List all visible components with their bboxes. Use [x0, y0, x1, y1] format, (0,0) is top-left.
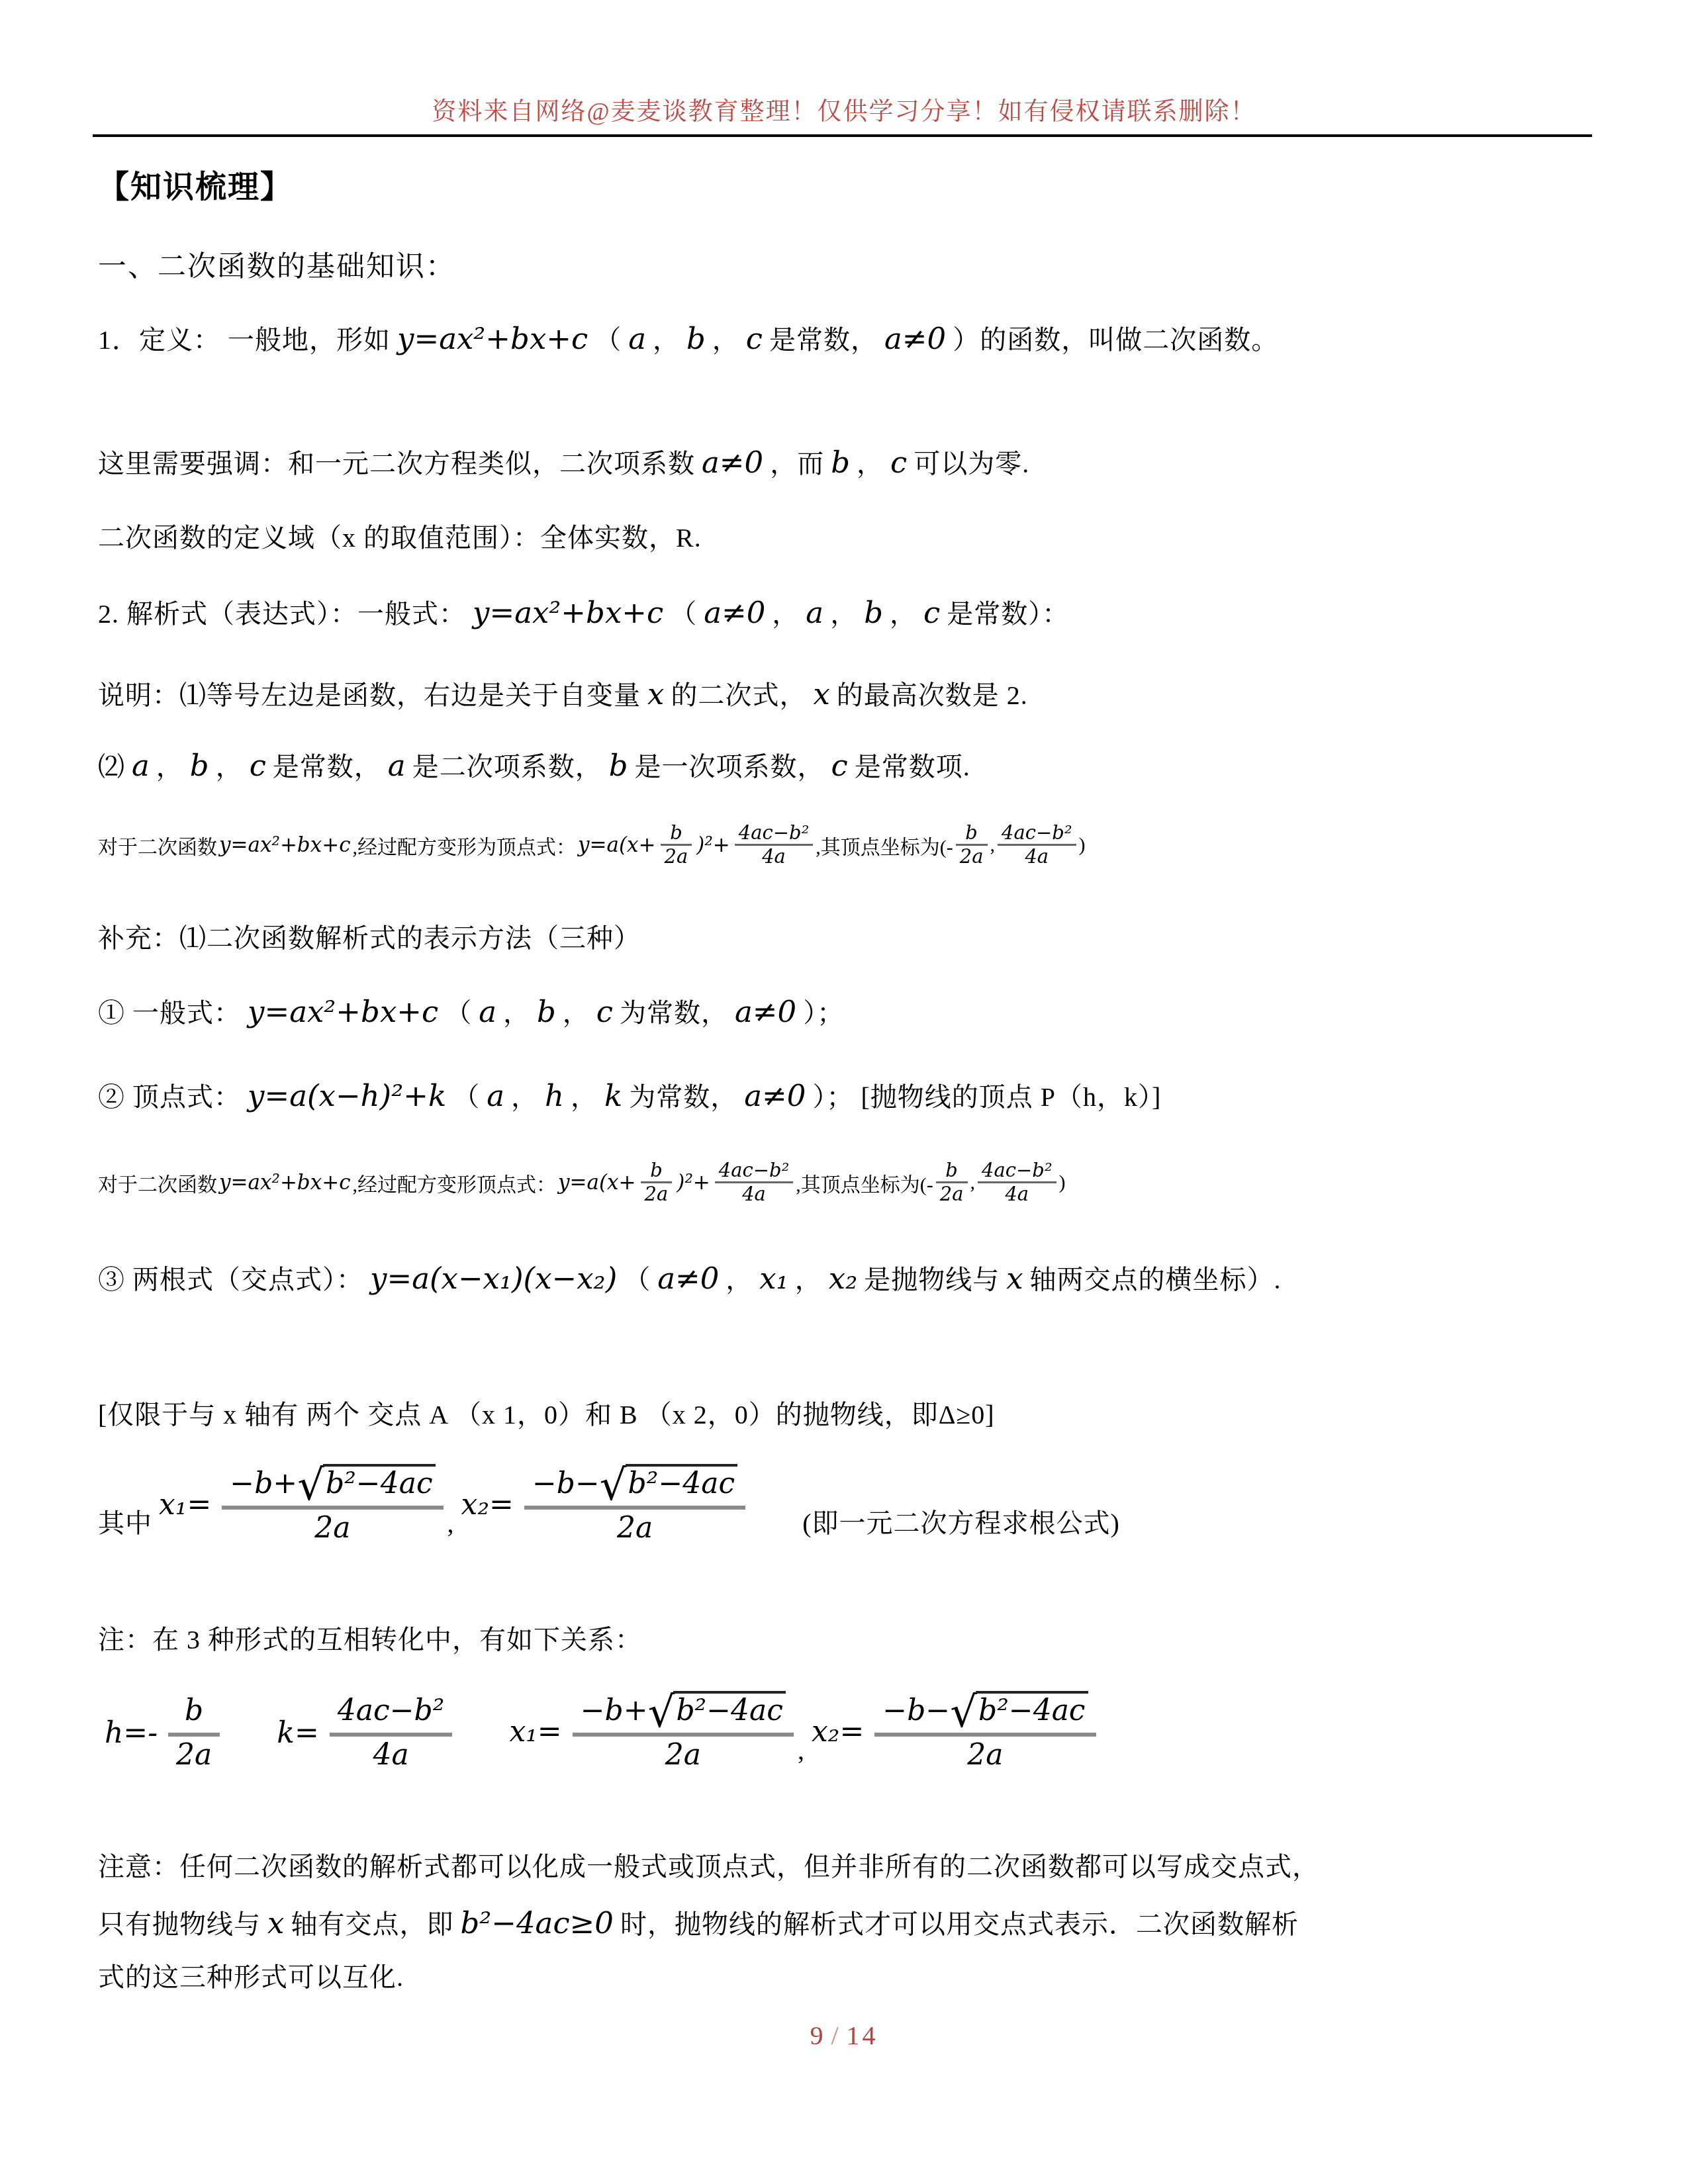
coefficients-line: ⑵a，b，c是常数，a是二次项系数，b是一次项系数，c是常数项.: [98, 743, 1595, 788]
sqrt-sign: √: [648, 1697, 675, 1729]
page-current: 9: [810, 2021, 825, 2050]
page-total: 14: [847, 2021, 878, 2050]
roots-formula-line: 其中 x₁= −b+√b²−4ac 2a , x₂= −b−√b²−4ac 2a…: [98, 1464, 1595, 1546]
root-x2-formula: x₂= −b−√b²−4ac 2a: [455, 1464, 750, 1546]
emphasis-line: 这里需要强调：和一元二次方程类似，二次项系数a≠0，而b，c可以为零.: [98, 440, 1595, 485]
fraction: b2a: [661, 822, 692, 868]
fraction: b2a: [956, 822, 988, 868]
caution-line-1: 注意：任何二次函数的解析式都可以化成一般式或顶点式，但并非所有的二次函数都可以写…: [98, 1847, 1595, 1887]
header-divider: [93, 134, 1592, 137]
root-x1-formula: x₁= −b+√b²−4ac 2a: [502, 1691, 798, 1773]
fraction: −b−√b²−4ac 2a: [874, 1691, 1096, 1773]
conversion-note-line: 注：在 3 种形式的互相转化中，有如下关系：: [98, 1620, 1595, 1660]
supplement-line: 补充：⑴二次函数解析式的表示方法（三种）: [98, 919, 1595, 958]
fraction: b2a: [936, 1160, 968, 1206]
h-formula: h=- b 2a: [98, 1694, 224, 1773]
fraction: −b+√b²−4ac 2a: [222, 1464, 443, 1546]
fraction: b 2a: [168, 1694, 220, 1773]
document-page: 资料来自网络@麦麦谈教育整理！仅供学习分享！如有侵权请联系删除！ 【知识梳理】 …: [0, 0, 1688, 2184]
fraction: −b+√b²−4ac 2a: [573, 1691, 794, 1773]
k-formula: k= 4ac−b² 4a: [270, 1694, 456, 1773]
fraction: −b−√b²−4ac 2a: [524, 1464, 745, 1546]
explanation-line: 说明：⑴等号左边是函数，右边是关于自变量x的二次式，x的最高次数是 2.: [98, 672, 1595, 717]
sqrt-sign: √: [600, 1470, 627, 1502]
subsection-heading: 一、二次函数的基础知识：: [98, 246, 1595, 289]
fraction: b2a: [641, 1160, 673, 1206]
two-root-note-line: [仅限于与 x 轴有 两个 交点 A （x 1，0）和 B （x 2，0）的抛物…: [98, 1395, 1595, 1435]
vertex-derivation-line-1: 对于二次函数y=ax²+bx+c,经过配方变形为顶点式：y=a(x+ b2a )…: [98, 822, 1595, 868]
definition-line: 1．定义： 一般地，形如y=ax²+bx+c（a，b，c是常数，a≠0）的函数，…: [98, 316, 1595, 361]
header-notice: 资料来自网络@麦麦谈教育整理！仅供学习分享！如有侵权请联系删除！: [0, 91, 1688, 127]
root-x2-formula: x₂= −b−√b²−4ac 2a: [805, 1691, 1100, 1773]
form-two-root-line: ③ 两根式（交点式）：y=a(x−x₁)(x−x₂)（a≠0，x₁，x₂是抛物线…: [98, 1256, 1595, 1301]
caution-line-2: 只有抛物线与x轴有交点，即b²−4ac≥0时，抛物线的解析式才可以用交点式表示．…: [98, 1901, 1595, 1946]
page-separator: /: [825, 2021, 846, 2050]
caution-line-3: 式的这三种形式可以互化.: [98, 1958, 1595, 1997]
fraction: 4ac−b²4a: [735, 822, 813, 868]
root-x1-formula: x₁= −b+√b²−4ac 2a: [152, 1464, 447, 1546]
sqrt-sign: √: [297, 1470, 324, 1502]
fraction: 4ac−b²4a: [715, 1160, 793, 1206]
fraction: 4ac−b²4a: [978, 1160, 1056, 1206]
vertex-derivation-line-2: 对于二次函数y=ax²+bx+c,经过配方变形顶点式：y=a(x+ b2a )²…: [98, 1160, 1595, 1206]
form-vertex-line: ② 顶点式：y=a(x−h)²+k（a，h，k为常数，a≠0）； [抛物线的顶点…: [98, 1073, 1595, 1118]
form-general-line: ① 一般式：y=ax²+bx+c（a，b，c为常数，a≠0）；: [98, 989, 1595, 1034]
domain-line: 二次函数的定义域（x 的取值范围）：全体实数，R.: [98, 518, 1595, 558]
general-expression-line: 2. 解析式（表达式）：一般式：y=ax²+bx+c（a≠0，a，b，c是常数）…: [98, 590, 1595, 635]
section-title: 【知识梳理】: [98, 164, 1595, 211]
fraction: 4ac−b² 4a: [330, 1694, 453, 1773]
sqrt-sign: √: [950, 1697, 977, 1729]
conversion-formulas-line: h=- b 2a k= 4ac−b² 4a x₁= −b+√b²−4ac 2a …: [98, 1691, 1595, 1773]
page-number: 9/14: [0, 2020, 1688, 2051]
fraction: 4ac−b²4a: [998, 822, 1076, 868]
